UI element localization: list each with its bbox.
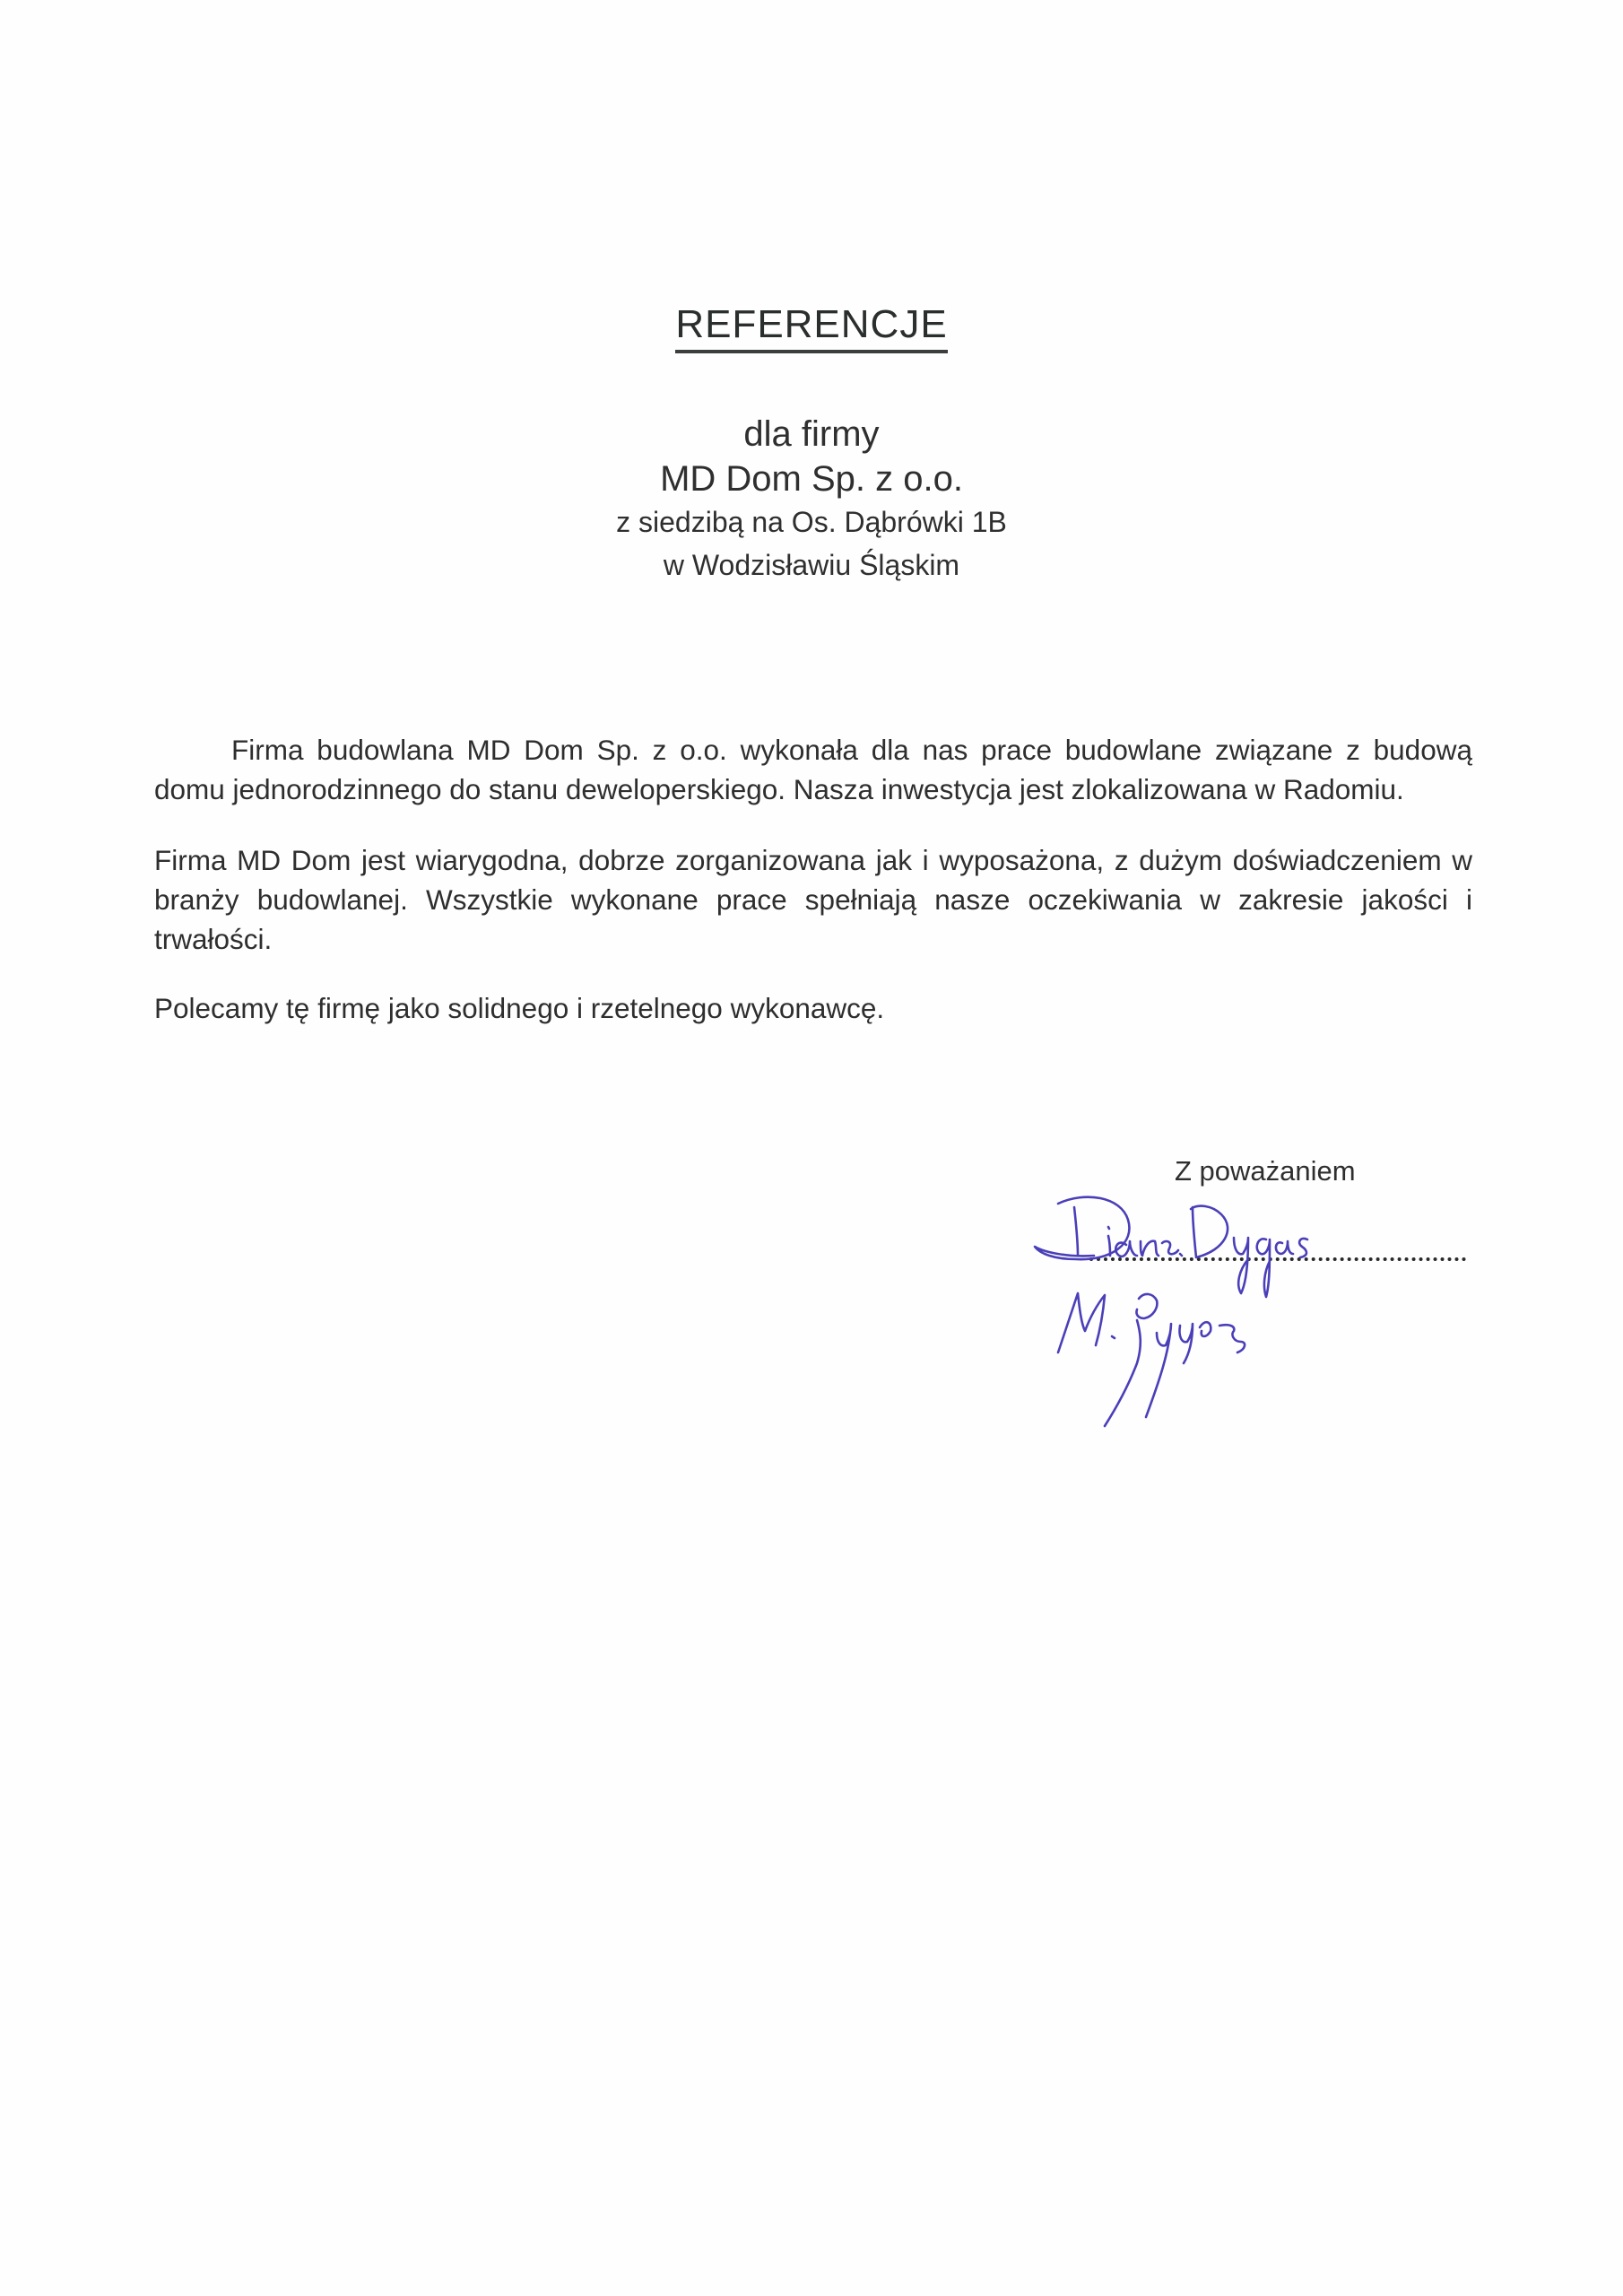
paragraph-1: Firma budowlana MD Dom Sp. z o.o. wykona… <box>154 730 1472 809</box>
handwritten-signatures: Diana Dygas M. Dygas <box>1022 1184 1471 1435</box>
recipient-address: z siedzibą na Os. Dąbrówki 1B <box>0 506 1623 539</box>
signature-ink-icon <box>1022 1184 1471 1435</box>
closing-salutation: Z poważaniem <box>1175 1155 1356 1187</box>
recipient-city: w Wodzisławiu Śląskim <box>0 549 1623 582</box>
document-title: REFERENCJE <box>0 301 1623 353</box>
recipient-company: MD Dom Sp. z o.o. <box>0 459 1623 500</box>
recipient-intro: dla firmy <box>0 414 1623 455</box>
paragraph-3: Polecamy tę firmę jako solidnego i rzete… <box>154 988 1472 1028</box>
paragraph-2: Firma MD Dom jest wiarygodna, dobrze zor… <box>154 840 1472 959</box>
document-page: REFERENCJE dla firmy MD Dom Sp. z o.o. z… <box>0 0 1623 2296</box>
document-title-text: REFERENCJE <box>675 301 947 353</box>
